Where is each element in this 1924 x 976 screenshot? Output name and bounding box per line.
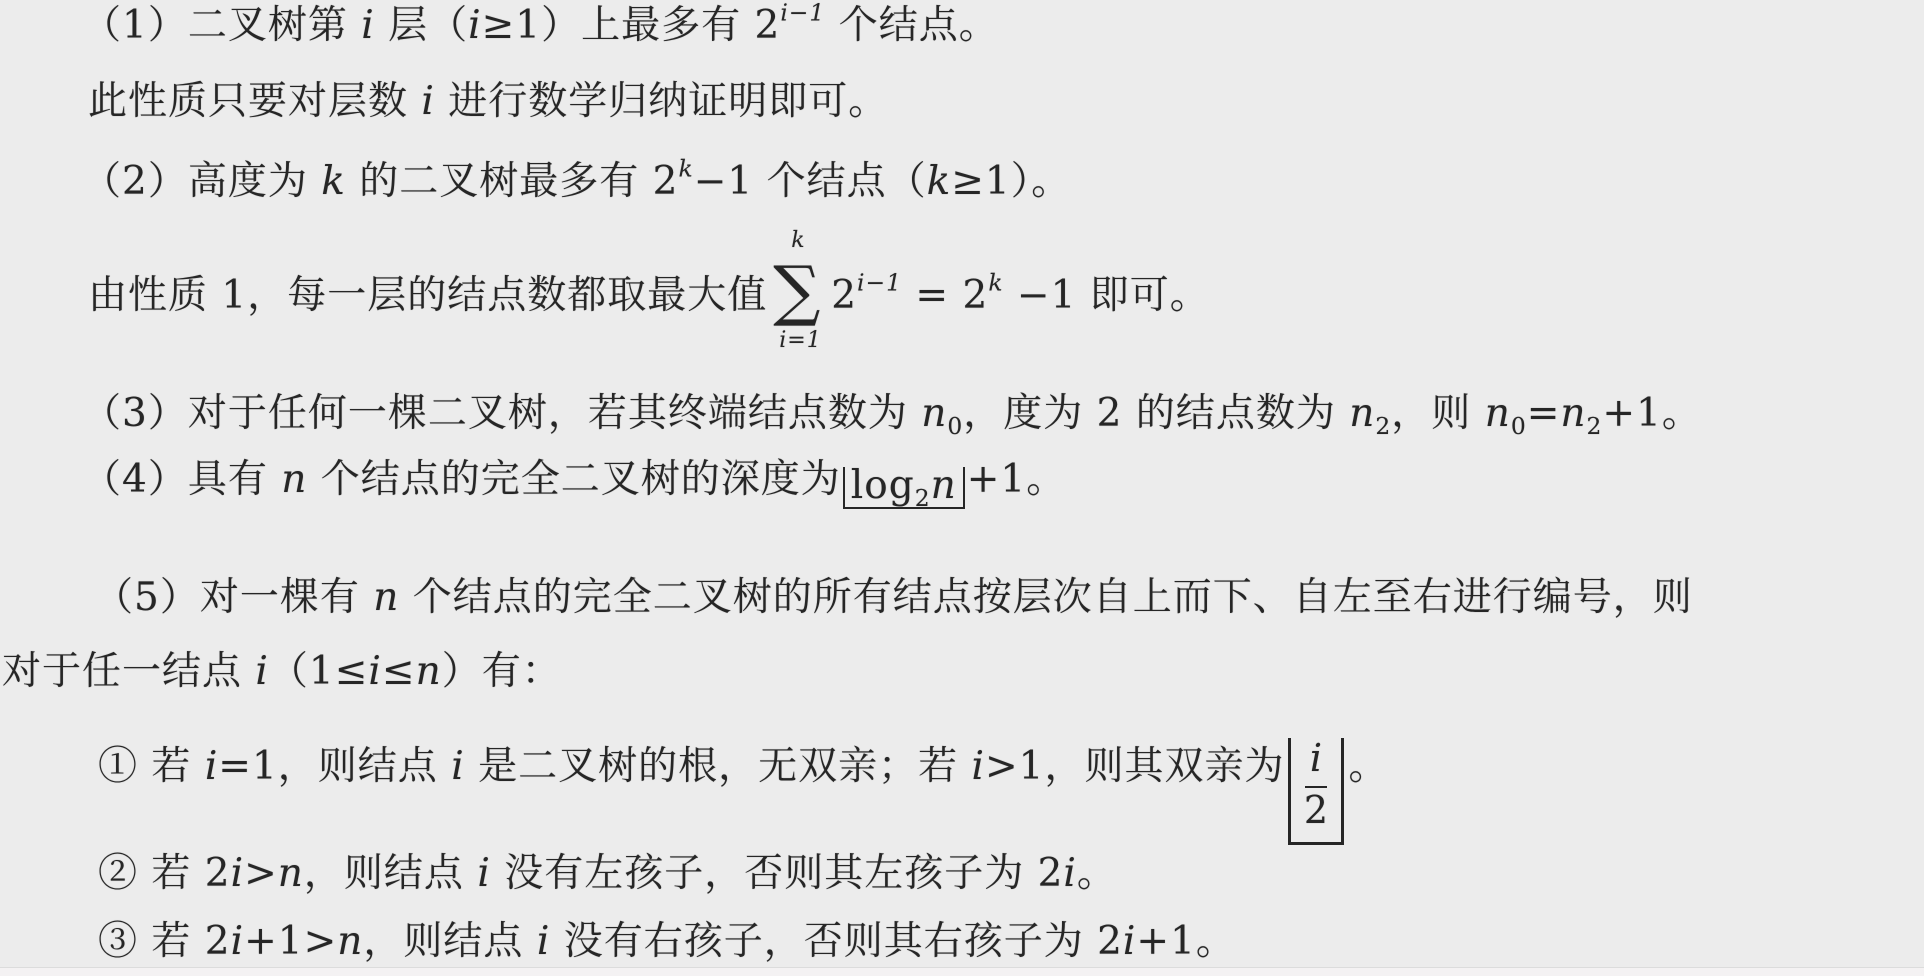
property-4: （4）具有 n 个结点的完全二叉树的深度为log2n+1。: [82, 456, 1066, 509]
floor-log-expression: log2n: [843, 467, 965, 509]
property-label: （3）: [82, 391, 188, 436]
math-power: 2i−1: [755, 3, 826, 48]
circled-number-1: ①: [98, 744, 138, 789]
property-5-case-3: ③ 若 2i+1>n，则结点 i 没有右孩子，否则其右孩子为 2i+1。: [98, 918, 1236, 966]
math-power: 2k: [653, 159, 694, 204]
math-var: n: [373, 575, 399, 620]
math-power: 2k: [963, 273, 1004, 318]
sigma-symbol: ∑: [773, 258, 821, 324]
math-power: 2i−1: [831, 273, 902, 318]
property-5: （5）对一棵有 n 个结点的完全二叉树的所有结点按层次自上而下、自左至右进行编号…: [94, 574, 1693, 622]
property-label: （4）: [82, 457, 188, 502]
math-var: i: [361, 3, 374, 48]
property-label: （1）: [82, 3, 188, 48]
property-2-proof: 由性质 1，每一层的结点数都取最大值k∑i=12i−1 = 2k −1 即可。: [88, 262, 1210, 322]
property-1-proof: 此性质只要对层数 i 进行数学归纳证明即可。: [88, 78, 888, 126]
property-1: （1）二叉树第 i 层（i≥1）上最多有 2i−1 个结点。: [82, 2, 999, 50]
math-var: i: [421, 79, 434, 124]
math-var: k: [321, 159, 346, 204]
math-var: i: [468, 3, 481, 48]
textbook-page: （1）二叉树第 i 层（i≥1）上最多有 2i−1 个结点。 此性质只要对层数 …: [0, 0, 1924, 968]
property-5-case-2: ② 若 2i>n，则结点 i 没有左孩子，否则其左孩子为 2i。: [98, 850, 1117, 898]
property-5-case-1: ① 若 i=1，则结点 i 是二叉树的根，无双亲；若 i>1，则其双亲为i2。: [98, 738, 1388, 845]
circled-number-3: ③: [98, 919, 138, 964]
page-bottom-edge: [0, 967, 1924, 976]
floor-fraction: i2: [1288, 738, 1344, 845]
math-var: k: [927, 159, 952, 204]
math-var: n: [281, 457, 307, 502]
property-label: （2）: [82, 159, 188, 204]
property-2: （2）高度为 k 的二叉树最多有 2k−1 个结点（k≥1）。: [82, 158, 1071, 206]
summation: k∑i=1: [773, 262, 829, 322]
property-3: （3）对于任何一棵二叉树，若其终端结点数为 n0，度为 2 的结点数为 n2，则…: [82, 390, 1702, 438]
circled-number-2: ②: [98, 851, 138, 896]
property-5-line-2: 对于任一结点 i（1≤i≤n）有：: [2, 648, 562, 696]
property-label: （5）: [94, 575, 200, 620]
